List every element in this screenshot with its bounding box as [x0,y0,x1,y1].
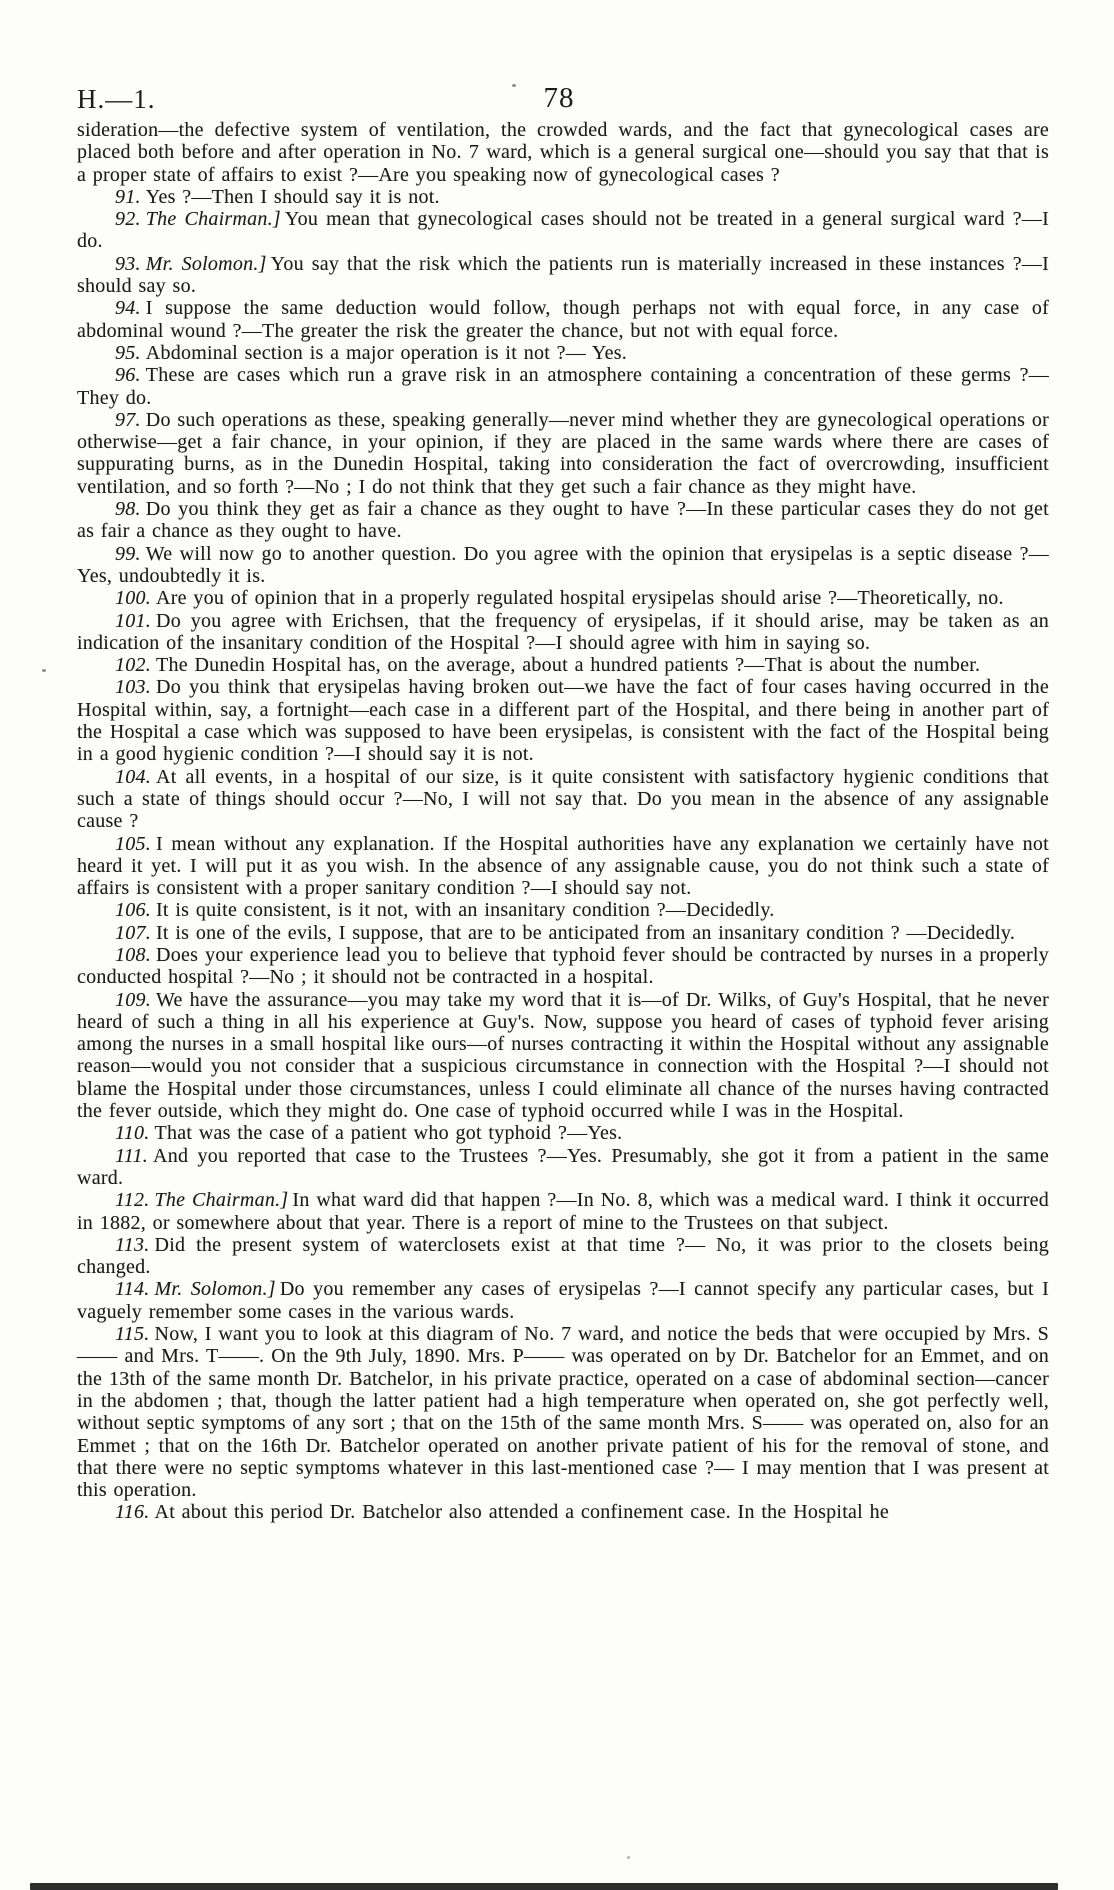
question-number: 112. [115,1189,150,1211]
page-number: 78 [544,82,575,115]
testimony-paragraph: 115.Now, I want you to look at this diag… [77,1323,1049,1501]
speaker-name: The Chairman.] [146,208,281,230]
testimony-paragraph: 112.The Chairman.]In what ward did that … [77,1189,1049,1234]
testimony-paragraph: 93.Mr. Solomon.]You say that the risk wh… [77,253,1049,298]
question-answer-text: Do you think they get as fair a chance a… [77,498,1049,542]
question-number: 99. [115,543,141,565]
question-answer-text: These are cases which run a grave risk i… [77,364,1049,408]
question-number: 113. [115,1234,150,1256]
question-number: 105. [115,833,151,855]
speaker-name: The Chairman.] [155,1189,289,1211]
question-number: 97. [115,409,141,431]
question-number: 114. [115,1278,150,1300]
testimony-paragraph: 102.The Dunedin Hospital has, on the ave… [77,654,1049,676]
question-answer-text: Abdominal section is a major operation i… [146,342,627,364]
testimony-paragraph: 109.We have the assurance—you may take m… [77,989,1049,1123]
question-number: 102. [115,654,151,676]
question-answer-text: That was the case of a patient who got t… [155,1122,623,1144]
testimony-text-block: sideration—the defective system of venti… [77,119,1049,1524]
question-number: 95. [115,342,141,364]
question-answer-text: I mean without any explanation. If the H… [77,833,1049,900]
scan-speck [627,1856,630,1859]
testimony-paragraph: 106.It is quite consistent, is it not, w… [77,899,1049,921]
scan-speck [512,84,516,87]
question-answer-text: It is one of the evils, I suppose, that … [156,922,1015,944]
testimony-paragraph: sideration—the defective system of venti… [77,119,1049,186]
testimony-paragraph: 98.Do you think they get as fair a chanc… [77,498,1049,543]
testimony-paragraph: 108.Does your experience lead you to bel… [77,944,1049,989]
testimony-paragraph: 110.That was the case of a patient who g… [77,1122,1049,1144]
question-number: 108. [115,944,151,966]
speaker-name: Mr. Solomon.] [146,253,267,275]
question-answer-text: sideration—the defective system of venti… [77,119,1049,186]
document-page: H.—1. 78 sideration—the defective system… [0,0,1114,1890]
question-number: 116. [115,1501,150,1523]
testimony-paragraph: 116.At about this period Dr. Batchelor a… [77,1501,1049,1523]
testimony-paragraph: 96.These are cases which run a grave ris… [77,364,1049,409]
question-number: 104. [115,766,151,788]
testimony-paragraph: 100.Are you of opinion that in a properl… [77,587,1049,609]
testimony-paragraph: 94.I suppose the same deduction would fo… [77,297,1049,342]
question-number: 91. [115,186,141,208]
testimony-paragraph: 91.Yes ?—Then I should say it is not. [77,186,1049,208]
question-answer-text: The Dunedin Hospital has, on the average… [156,654,980,676]
question-answer-text: And you reported that case to the Truste… [77,1145,1049,1189]
question-number: 93. [115,253,141,275]
paper-reference-number: H.—1. [77,84,156,115]
question-number: 92. [115,208,141,230]
question-answer-text: We have the assurance—you may take my wo… [77,989,1049,1122]
question-number: 106. [115,899,151,921]
question-answer-text: We will now go to another question. Do y… [77,543,1049,587]
question-number: 109. [115,989,151,1011]
testimony-paragraph: 101.Do you agree with Erichsen, that the… [77,610,1049,655]
testimony-paragraph: 113.Did the present system of waterclose… [77,1234,1049,1279]
testimony-paragraph: 105.I mean without any explanation. If t… [77,833,1049,900]
question-number: 107. [115,922,151,944]
question-number: 101. [115,610,151,632]
testimony-paragraph: 92.The Chairman.]You mean that gynecolog… [77,208,1049,253]
question-answer-text: Did the present system of waterclosets e… [77,1234,1049,1278]
testimony-paragraph: 95.Abdominal section is a major operatio… [77,342,1049,364]
question-answer-text: Do you think that erysipelas having brok… [77,676,1049,765]
question-answer-text: At all events, in a hospital of our size… [77,766,1049,833]
question-number: 103. [115,676,151,698]
testimony-paragraph: 99.We will now go to another question. D… [77,543,1049,588]
question-number: 100. [115,587,151,609]
scan-edge-artifact [30,1883,1058,1890]
question-number: 110. [115,1122,150,1144]
speaker-name: Mr. Solomon.] [155,1278,276,1300]
testimony-paragraph: 107.It is one of the evils, I suppose, t… [77,922,1049,944]
question-answer-text: I suppose the same deduction would follo… [77,297,1049,341]
question-answer-text: Does your experience lead you to believe… [77,944,1049,988]
scan-speck [42,669,46,672]
testimony-paragraph: 111.And you reported that case to the Tr… [77,1145,1049,1190]
question-answer-text: Yes ?—Then I should say it is not. [146,186,440,208]
question-number: 94. [115,297,141,319]
question-answer-text: Are you of opinion that in a properly re… [156,587,1004,609]
testimony-paragraph: 114.Mr. Solomon.]Do you remember any cas… [77,1278,1049,1323]
question-answer-text: Now, I want you to look at this diagram … [77,1323,1049,1501]
question-answer-text: Do such operations as these, speaking ge… [77,409,1049,498]
question-answer-text: At about this period Dr. Batchelor also … [155,1501,889,1523]
question-number: 111. [115,1145,148,1167]
question-answer-text: Do you agree with Erichsen, that the fre… [77,610,1049,654]
question-number: 96. [115,364,141,386]
question-answer-text: It is quite consistent, is it not, with … [156,899,775,921]
testimony-paragraph: 97.Do such operations as these, speaking… [77,409,1049,498]
question-number: 115. [115,1323,150,1345]
testimony-paragraph: 104.At all events, in a hospital of our … [77,766,1049,833]
testimony-paragraph: 103.Do you think that erysipelas having … [77,676,1049,765]
question-number: 98. [115,498,141,520]
